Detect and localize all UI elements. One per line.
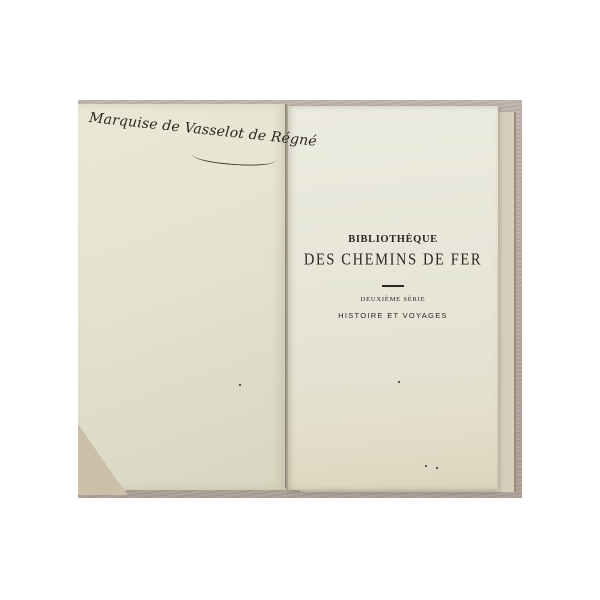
half-title: BIBLIOTHÈQUE DES CHEMINS DE FER DEUXIÈME… xyxy=(288,228,498,320)
foxing-spot xyxy=(425,465,427,467)
photo-canvas: Marquise de Vasselot de Régné BIBLIOTHÈQ… xyxy=(0,0,600,600)
title-line-2: DES CHEMINS DE FER xyxy=(288,251,498,271)
foxing-spot xyxy=(239,384,241,386)
subtitle: HISTOIRE ET VOYAGES xyxy=(288,311,498,320)
series-label: DEUXIÈME SÉRIE xyxy=(288,296,498,303)
title-rule xyxy=(382,285,404,287)
foxing-spot xyxy=(398,381,400,383)
title-line-1: BIBLIOTHÈQUE xyxy=(288,234,498,245)
foxing-spot xyxy=(436,467,438,469)
